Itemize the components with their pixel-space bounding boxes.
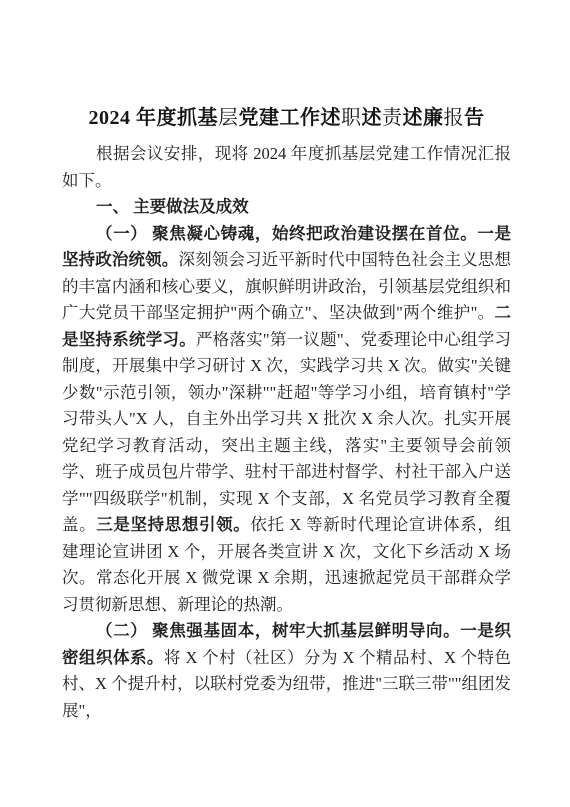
section-heading: 一、 主要做法及成效 bbox=[62, 194, 511, 221]
paragraph: （一） 聚焦凝心铸魂，始终把政治建设摆在首位。一是坚持政治统领。深刻领会习近平新… bbox=[62, 221, 511, 619]
paragraph: 根据会议安排，现将 2024 年度抓基层党建工作情况汇报如下。 bbox=[62, 141, 511, 194]
text-run: 责 bbox=[382, 107, 403, 129]
paragraph: （二） 聚焦强基固本，树牢大抓基层鲜明导向。一是织密组织体系。将 X 个村（社区… bbox=[62, 618, 511, 724]
text-run: 述廉 bbox=[403, 107, 444, 129]
text-run: （一） 聚焦凝心铸魂，始终把政治建设摆在首位。 bbox=[96, 224, 477, 243]
text-run: 职 bbox=[341, 107, 362, 129]
text-run: 党建工作述 bbox=[239, 107, 342, 129]
document-page: 2024 年度抓基层党建工作述职述责述廉报告 根据会议安排，现将 2024 年度… bbox=[0, 0, 570, 807]
text-run: （二） 聚焦强基固本，树牢大抓基层鲜明导向。 bbox=[96, 621, 460, 640]
text-run: 层 bbox=[218, 107, 239, 129]
text-run: 根据会议安排，现将 2024 年度抓基层党建工作情况汇报如下。 bbox=[62, 144, 511, 190]
text-run: 报 bbox=[444, 107, 465, 129]
text-run: 2024 年度抓基 bbox=[89, 107, 219, 129]
text-run: 严格落实"第一议题"、党委理论中心组学习制度，开展集中学习研讨 X 次，实践学习… bbox=[62, 330, 511, 535]
text-run: 一、 主要做法及成效 bbox=[96, 197, 249, 216]
document-content: 2024 年度抓基层党建工作述职述责述廉报告 根据会议安排，现将 2024 年度… bbox=[62, 100, 511, 724]
text-run: 述 bbox=[362, 107, 383, 129]
document-body: 根据会议安排，现将 2024 年度抓基层党建工作情况汇报如下。一、 主要做法及成… bbox=[62, 141, 511, 724]
text-run: 告 bbox=[464, 107, 485, 129]
document-title: 2024 年度抓基层党建工作述职述责述廉报告 bbox=[62, 100, 511, 136]
text-run: 三是坚持思想引领。 bbox=[96, 515, 250, 534]
